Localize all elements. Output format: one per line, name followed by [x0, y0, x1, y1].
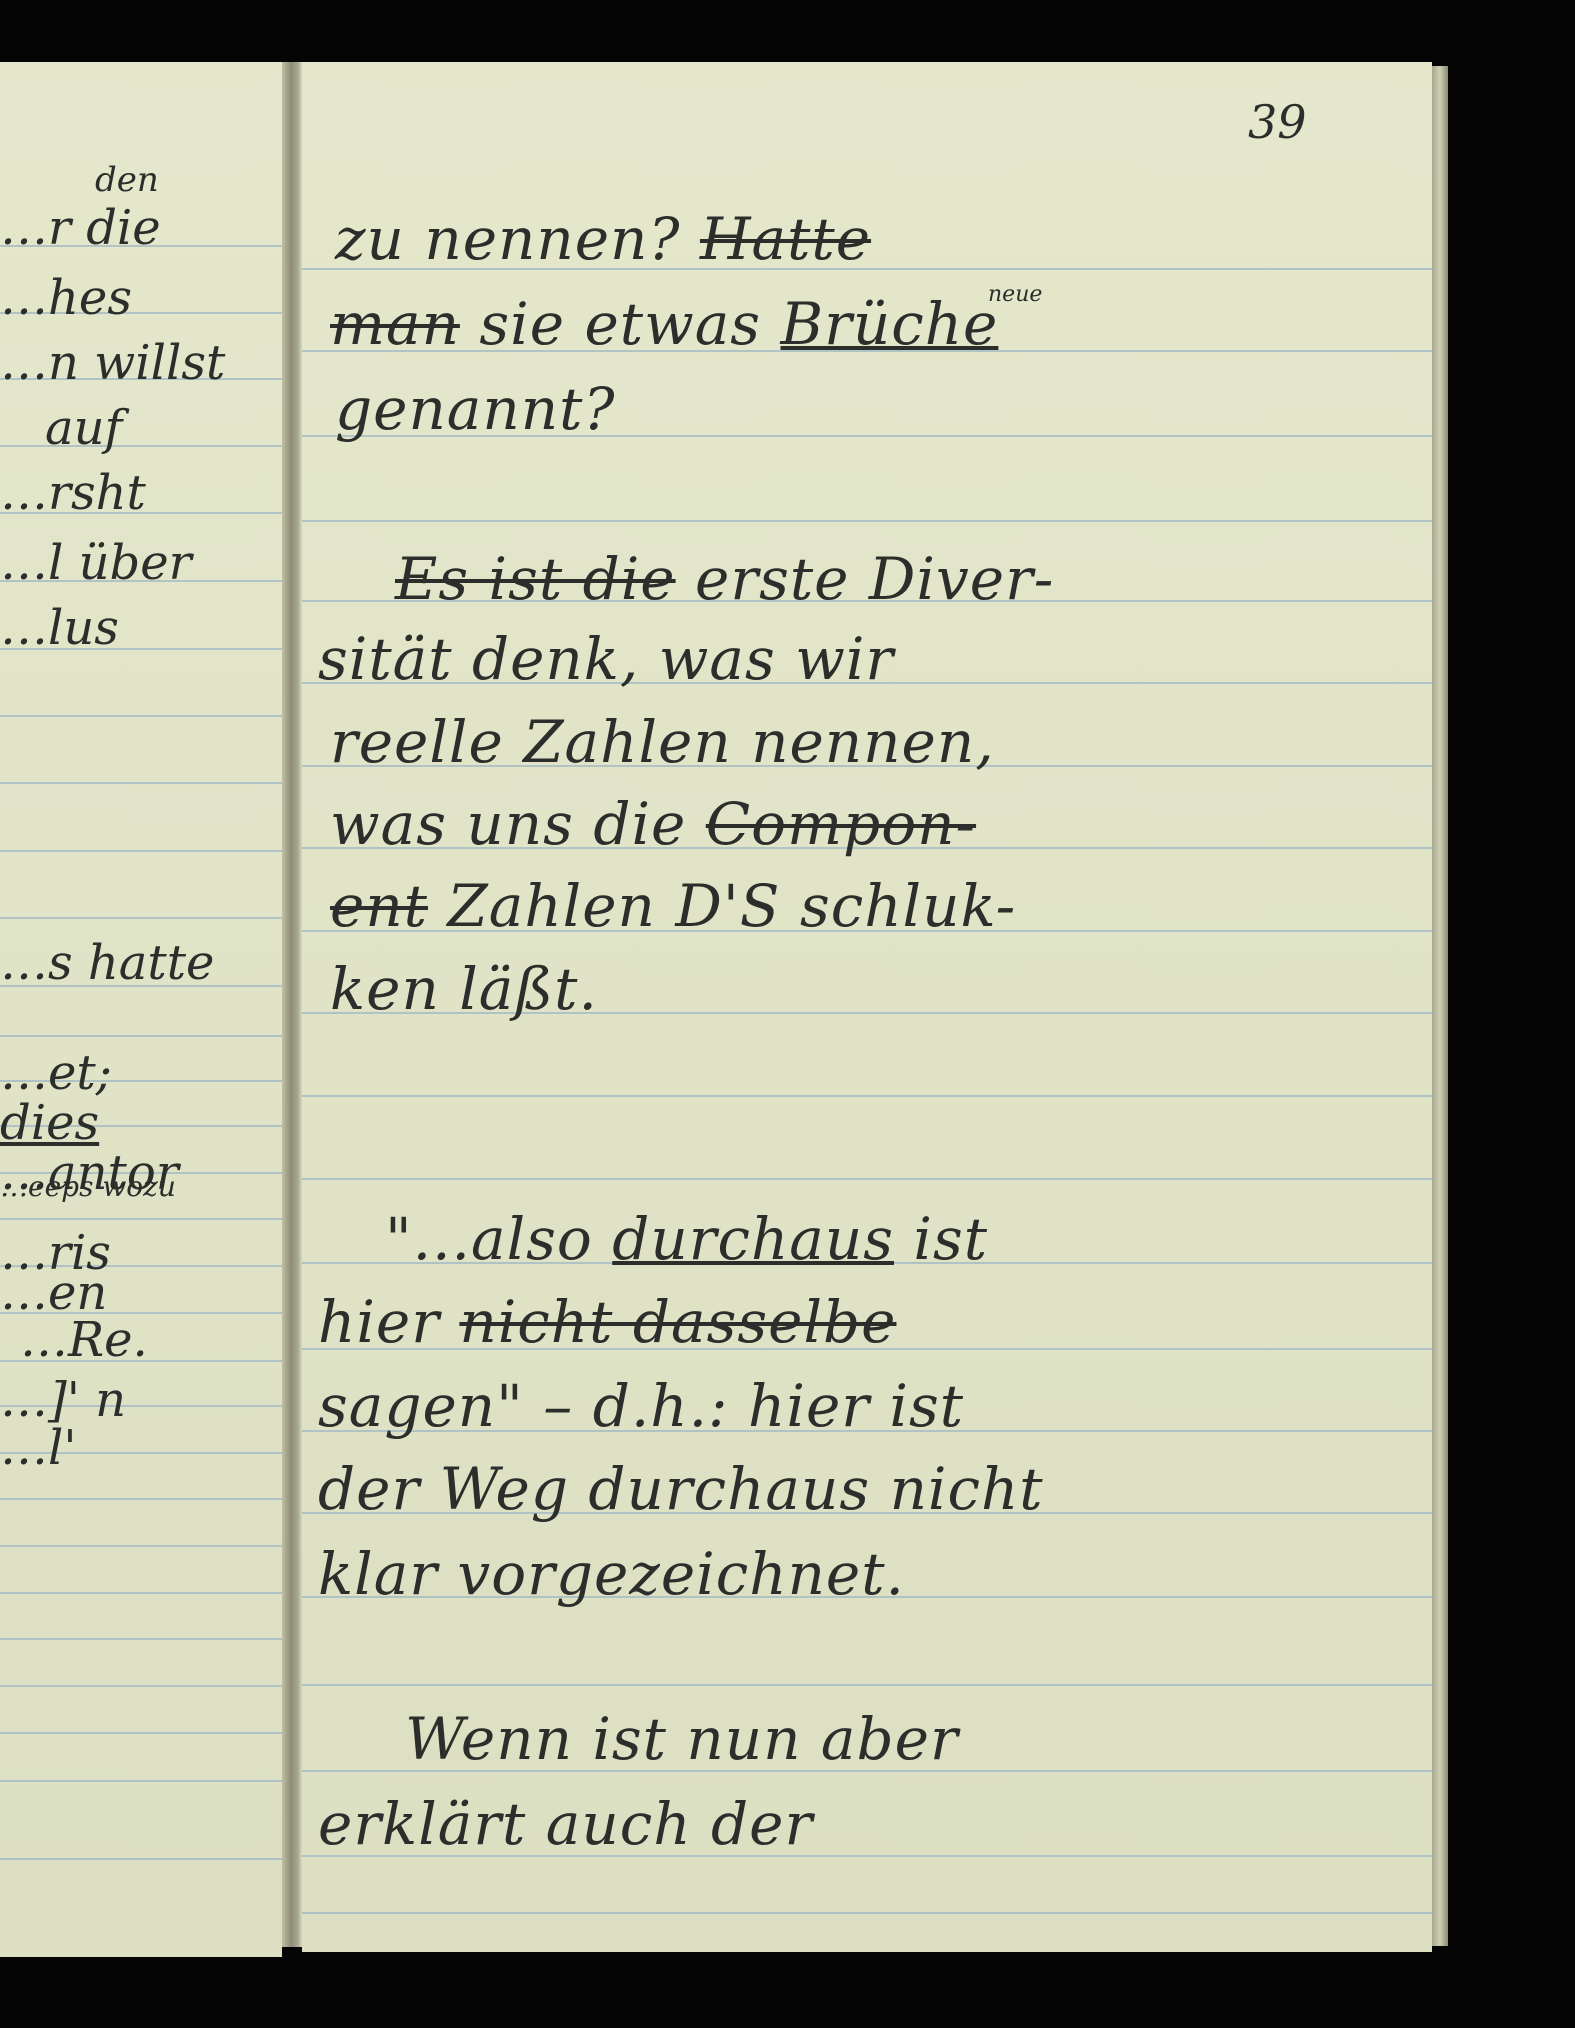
handwritten-line-5: sität denk, was wir [318, 625, 894, 693]
line-text: erste Diver- [676, 545, 1055, 613]
left-fragment: …et; [0, 1045, 112, 1101]
line-text: was uns die [330, 790, 706, 858]
left-fragment: …rsht [0, 465, 146, 521]
line-text: hier [318, 1288, 459, 1356]
handwritten-line-4: Es ist die erste Diver- [395, 545, 1054, 613]
left-fragment: …hes [0, 270, 132, 326]
handwritten-line-13: der Weg durchaus nicht [318, 1455, 1044, 1523]
line-text: zu nennen? [335, 205, 700, 273]
handwritten-line-3: genannt? [335, 375, 616, 443]
handwritten-line-8: ent Zahlen D'S schluk- [330, 872, 1016, 940]
left-fragment: …s hatte [0, 935, 214, 991]
page-block-edge [1432, 66, 1448, 1946]
line-text: Zahlen D'S schluk- [428, 872, 1016, 940]
line-text: ist [894, 1205, 988, 1273]
left-fragment-underlined: dies [0, 1095, 99, 1151]
left-fragment: …lus [0, 600, 119, 656]
left-fragment: …n willst [0, 335, 225, 391]
handwritten-line-11: hier nicht dasselbe [318, 1288, 896, 1356]
line-text: sie etwas [460, 290, 781, 358]
handwritten-line-15: Wenn ist nun aber [405, 1705, 959, 1773]
left-fragment: …l über [0, 535, 192, 591]
handwritten-line-10: "...also durchaus ist [385, 1205, 988, 1273]
struck-phrase: Es ist die [395, 545, 676, 613]
line-text: "...also [385, 1205, 612, 1273]
left-fragment: …eeps wozu [0, 1170, 176, 1203]
underlined-word: durchaus [612, 1205, 894, 1273]
handwritten-line-14: klar vorgezeichnet. [318, 1540, 905, 1608]
underlined-word: Brüche [781, 290, 999, 358]
handwritten-line-1: zu nennen? Hatte [335, 205, 871, 273]
struck-phrase: nicht dasselbe [459, 1288, 896, 1356]
handwritten-line-12: sagen" – d.h.: hier ist [318, 1372, 964, 1440]
struck-word: ent [330, 872, 428, 940]
left-fragment: den [95, 160, 159, 200]
struck-word: man [330, 290, 460, 358]
left-fragment: …l' [0, 1420, 77, 1476]
handwritten-line-6: reelle Zahlen nennen, [330, 708, 995, 776]
handwritten-line-2: man sie etwas Brüche [330, 290, 998, 358]
page-number: 39 [1248, 95, 1307, 149]
left-fragment: …r die [0, 200, 161, 256]
struck-word: Compon- [706, 790, 976, 858]
handwritten-line-16: erklärt auch der [318, 1790, 813, 1858]
handwritten-line-7: was uns die Compon- [330, 790, 976, 858]
struck-word: Hatte [700, 205, 871, 273]
handwritten-line-9: ken läßt. [330, 955, 598, 1023]
left-fragment: auf [45, 400, 122, 456]
left-fragment: …Re. [20, 1312, 148, 1368]
notebook-gutter [282, 62, 302, 1947]
